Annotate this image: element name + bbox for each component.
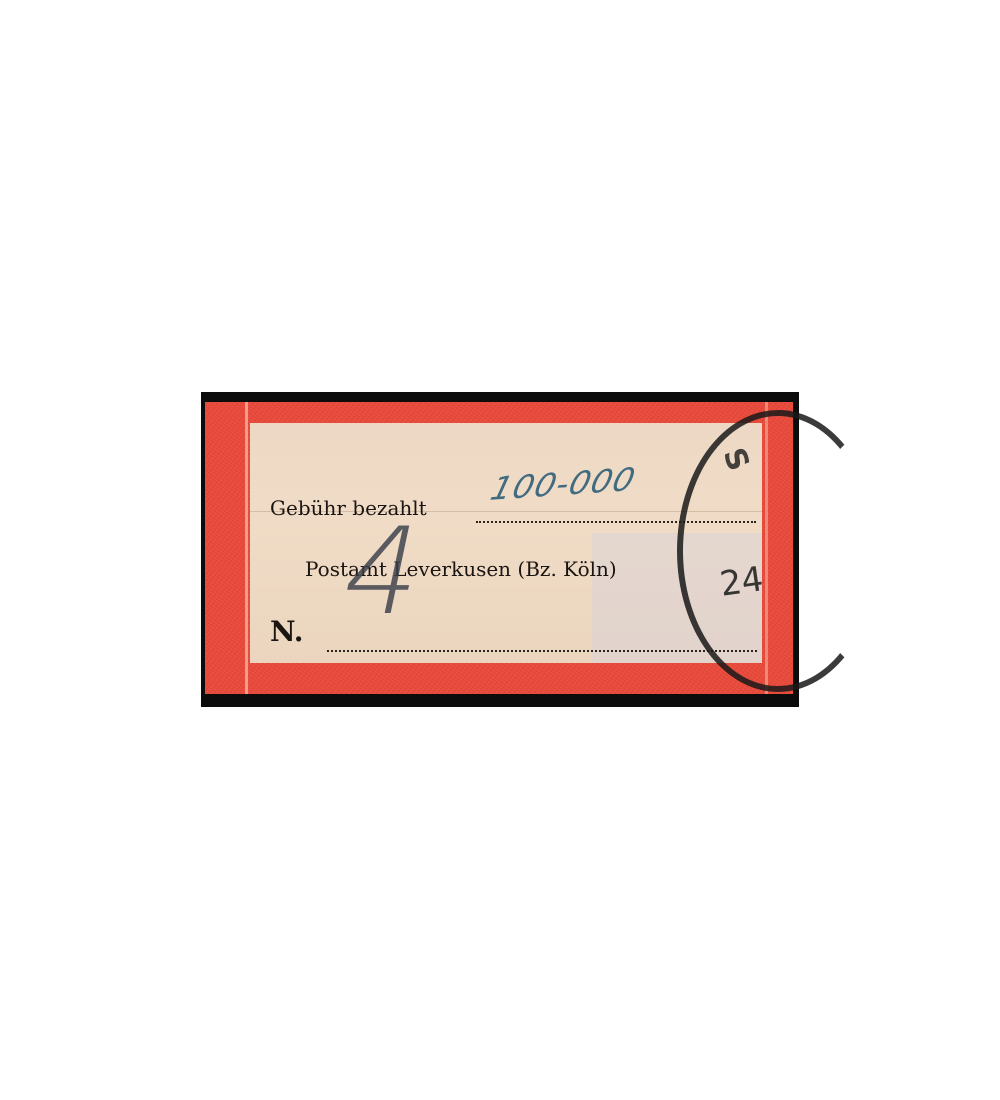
number-prefix: N. — [270, 615, 304, 648]
postmark-date-text: 24 — [717, 559, 765, 605]
handwritten-number: 4 — [330, 503, 436, 642]
left-seam — [245, 402, 248, 694]
number-dotted-line — [327, 650, 757, 652]
postmark-circle — [677, 410, 879, 692]
fee-paid-label: Gebühr bezahlt 100-000 Postamt Leverkuse… — [205, 402, 793, 694]
handwritten-fee-amount: 100-000 — [487, 460, 640, 508]
